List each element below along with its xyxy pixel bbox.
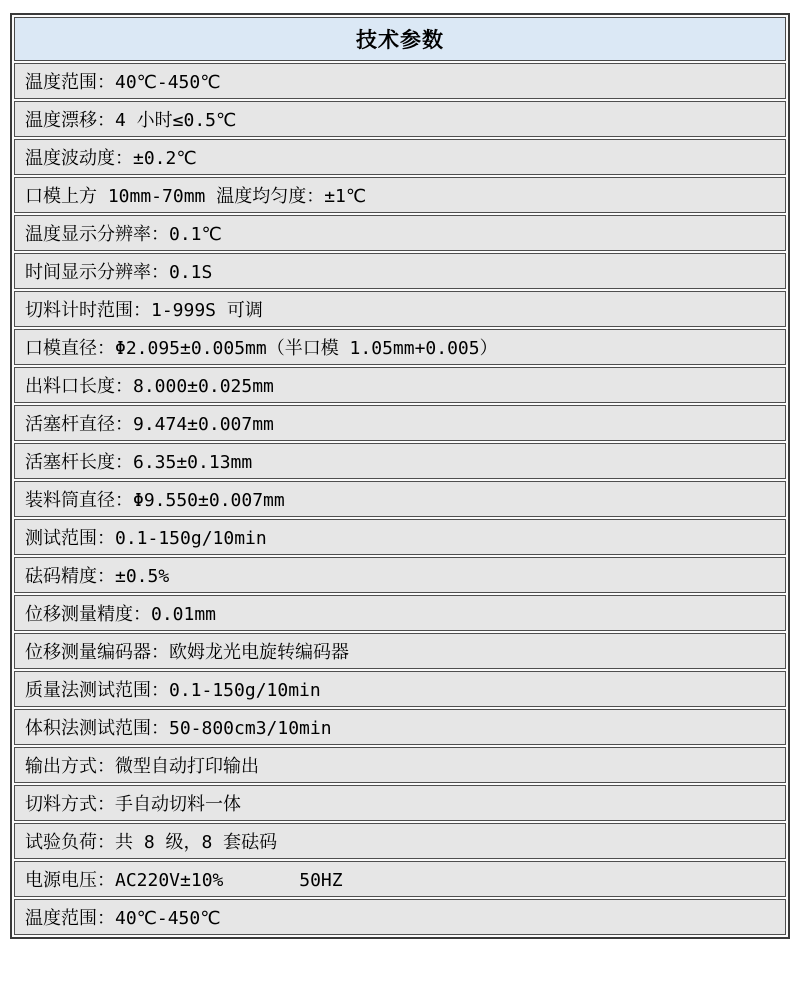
parameter-cell: 体积法测试范围：50-800cm3/10min <box>14 709 786 745</box>
table-row: 口模上方 10mm-70mm 温度均匀度：±1℃ <box>14 177 786 213</box>
table-row: 位移测量编码器：欧姆龙光电旋转编码器 <box>14 633 786 669</box>
parameter-cell: 输出方式：微型自动打印输出 <box>14 747 786 783</box>
table-row: 输出方式：微型自动打印输出 <box>14 747 786 783</box>
table-row: 温度漂移：4 小时≤0.5℃ <box>14 101 786 137</box>
parameter-cell: 温度显示分辨率：0.1℃ <box>14 215 786 251</box>
table-body: 温度范围：40℃-450℃ 温度漂移：4 小时≤0.5℃ 温度波动度：±0.2℃… <box>14 63 786 935</box>
parameter-cell: 时间显示分辨率：0.1S <box>14 253 786 289</box>
table-row: 位移测量精度：0.01mm <box>14 595 786 631</box>
table-row: 体积法测试范围：50-800cm3/10min <box>14 709 786 745</box>
table-row: 切料计时范围：1-999S 可调 <box>14 291 786 327</box>
table-row: 出料口长度：8.000±0.025mm <box>14 367 786 403</box>
parameter-cell: 口模直径：Φ2.095±0.005mm（半口模 1.05mm+0.005） <box>14 329 786 365</box>
parameter-cell: 位移测量编码器：欧姆龙光电旋转编码器 <box>14 633 786 669</box>
table-row: 装料筒直径：Φ9.550±0.007mm <box>14 481 786 517</box>
table-row: 温度范围：40℃-450℃ <box>14 899 786 935</box>
parameter-cell: 砝码精度：±0.5% <box>14 557 786 593</box>
parameter-cell: 温度波动度：±0.2℃ <box>14 139 786 175</box>
table-row: 试验负荷：共 8 级，8 套砝码 <box>14 823 786 859</box>
page: 技术参数 温度范围：40℃-450℃ 温度漂移：4 小时≤0.5℃ 温度波动度：… <box>0 0 800 1000</box>
parameter-cell: 位移测量精度：0.01mm <box>14 595 786 631</box>
table-row: 时间显示分辨率：0.1S <box>14 253 786 289</box>
parameter-cell: 活塞杆直径：9.474±0.007mm <box>14 405 786 441</box>
table-title: 技术参数 <box>14 17 786 61</box>
table-row: 活塞杆长度：6.35±0.13mm <box>14 443 786 479</box>
table-row: 活塞杆直径：9.474±0.007mm <box>14 405 786 441</box>
parameter-cell: 口模上方 10mm-70mm 温度均匀度：±1℃ <box>14 177 786 213</box>
table-row: 温度波动度：±0.2℃ <box>14 139 786 175</box>
parameter-cell: 切料方式：手自动切料一体 <box>14 785 786 821</box>
table-row: 切料方式：手自动切料一体 <box>14 785 786 821</box>
table-row: 质量法测试范围：0.1-150g/10min <box>14 671 786 707</box>
table-row: 温度范围：40℃-450℃ <box>14 63 786 99</box>
table-row: 口模直径：Φ2.095±0.005mm（半口模 1.05mm+0.005） <box>14 329 786 365</box>
parameter-cell: 装料筒直径：Φ9.550±0.007mm <box>14 481 786 517</box>
header-row: 技术参数 <box>14 17 786 61</box>
parameter-cell: 温度漂移：4 小时≤0.5℃ <box>14 101 786 137</box>
parameter-cell: 温度范围：40℃-450℃ <box>14 63 786 99</box>
parameter-cell: 试验负荷：共 8 级，8 套砝码 <box>14 823 786 859</box>
table-header: 技术参数 <box>14 17 786 61</box>
table-row: 电源电压：AC220V±10% 50HZ <box>14 861 786 897</box>
parameter-cell: 切料计时范围：1-999S 可调 <box>14 291 786 327</box>
parameter-cell: 活塞杆长度：6.35±0.13mm <box>14 443 786 479</box>
table-row: 温度显示分辨率：0.1℃ <box>14 215 786 251</box>
parameter-cell: 电源电压：AC220V±10% 50HZ <box>14 861 786 897</box>
table-row: 测试范围：0.1-150g/10min <box>14 519 786 555</box>
parameter-cell: 测试范围：0.1-150g/10min <box>14 519 786 555</box>
technical-parameters-table: 技术参数 温度范围：40℃-450℃ 温度漂移：4 小时≤0.5℃ 温度波动度：… <box>10 13 790 939</box>
table-row: 砝码精度：±0.5% <box>14 557 786 593</box>
parameter-cell: 质量法测试范围：0.1-150g/10min <box>14 671 786 707</box>
parameter-cell: 出料口长度：8.000±0.025mm <box>14 367 786 403</box>
parameter-cell: 温度范围：40℃-450℃ <box>14 899 786 935</box>
